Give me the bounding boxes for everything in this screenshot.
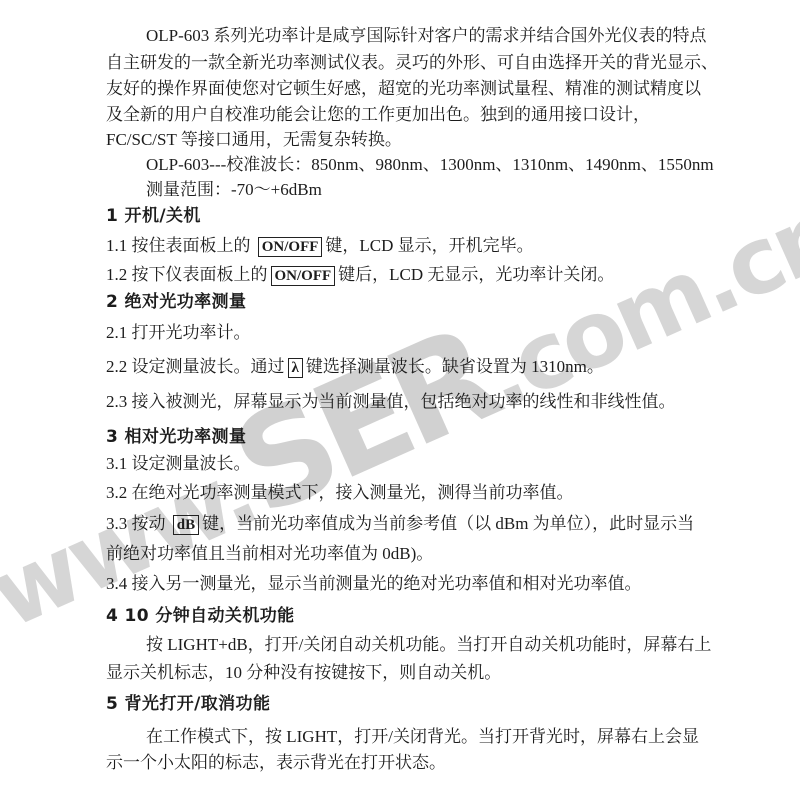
- section-heading: 1 开机/关机: [106, 206, 746, 227]
- text-run: 1.1 按住表面板上的: [106, 236, 255, 255]
- text-run: 3.1 设定测量波长。: [106, 454, 251, 473]
- key-cap: ON/OFF: [271, 266, 336, 286]
- text-run: 键，当前光功率值成为当前参考值（以 dBm 为单位），此时显示当: [202, 514, 694, 533]
- text-line: 1.1 按住表面板上的 ON/OFF键，LCD 显示，开机完毕。: [106, 235, 746, 257]
- text-line: 2.1 打开光功率计。: [106, 322, 746, 343]
- text-run: 1 开机/关机: [106, 206, 201, 226]
- section-heading: 5 背光打开/取消功能: [106, 694, 746, 715]
- text-run: 键，LCD 显示，开机完毕。: [325, 236, 533, 255]
- text-line: 3.3 按动 dB键，当前光功率值成为当前参考值（以 dBm 为单位），此时显示…: [106, 513, 746, 535]
- text-run: 自主研发的一款全新光功率测试仪表。灵巧的外形、可自由选择开关的背光显示、: [106, 53, 718, 72]
- text-line: 自主研发的一款全新光功率测试仪表。灵巧的外形、可自由选择开关的背光显示、: [106, 52, 746, 73]
- section-heading: 3 相对光功率测量: [106, 427, 746, 448]
- key-cap: dB: [173, 515, 199, 535]
- text-line: 1.2 按下仪表面板上的ON/OFF键后，LCD 无显示，光功率计关闭。: [106, 264, 746, 286]
- text-line: 显示关机标志，10 分种没有按键按下，则自动关机。: [106, 662, 746, 683]
- text-run: 2.1 打开光功率计。: [106, 323, 251, 342]
- text-line: 3.2 在绝对光功率测量模式下，接入测量光，测得当前功率值。: [106, 482, 746, 503]
- text-run: 显示关机标志，10 分种没有按键按下，则自动关机。: [106, 663, 501, 682]
- text-run: 3 相对光功率测量: [106, 427, 246, 447]
- text-line: 前绝对功率值且当前相对光功率值为 0dB)。: [106, 543, 746, 564]
- text-line: 友好的操作界面使您对它顿生好感，超宽的光功率测试量程、精准的测试精度以: [106, 78, 746, 99]
- text-run: 1.2 按下仪表面板上的: [106, 265, 268, 284]
- text-line: OLP-603 系列光功率计是咸亨国际针对客户的需求并结合国外光仪表的特点: [106, 25, 786, 46]
- text-line: 示一个小太阳的标志，表示背光在打开状态。: [106, 752, 746, 773]
- text-line: 及全新的用户自校准功能会让您的工作更加出色。独到的通用接口设计，: [106, 104, 746, 125]
- text-line: 2.3 接入被测光，屏幕显示为当前测量值，包括绝对功率的线性和非线性值。: [106, 391, 746, 412]
- text-run: 及全新的用户自校准功能会让您的工作更加出色。独到的通用接口设计，: [106, 105, 650, 124]
- text-line: OLP-603---校准波长：850nm、980nm、1300nm、1310nm…: [106, 154, 786, 175]
- text-run: 测量范围：-70～+6dBm: [146, 180, 322, 199]
- text-run: 4 10 分钟自动关机功能: [106, 606, 295, 626]
- text-run: OLP-603 系列光功率计是咸亨国际针对客户的需求并结合国外光仪表的特点: [146, 26, 707, 45]
- text-run: FC/SC/ST 等接口通用，无需复杂转换。: [106, 130, 402, 149]
- text-line: 按 LIGHT+dB，打开/关闭自动关机功能。当打开自动关机功能时，屏幕右上: [106, 634, 786, 655]
- text-run: 友好的操作界面使您对它顿生好感，超宽的光功率测试量程、精准的测试精度以: [106, 79, 701, 98]
- text-run: 2.3 接入被测光，屏幕显示为当前测量值，包括绝对功率的线性和非线性值。: [106, 392, 676, 411]
- text-run: 在工作模式下，按 LIGHT，打开/关闭背光。当打开背光时，屏幕右上会显: [146, 727, 699, 746]
- text-line: 3.1 设定测量波长。: [106, 453, 746, 474]
- key-cap: λ: [288, 358, 303, 378]
- text-line: 测量范围：-70～+6dBm: [106, 179, 786, 200]
- section-heading: 2 绝对光功率测量: [106, 292, 746, 313]
- text-run: 3.4 接入另一测量光，显示当前测量光的绝对光功率值和相对光功率值。: [106, 574, 642, 593]
- text-run: 键选择测量波长。缺省设置为 1310nm。: [306, 357, 604, 376]
- text-line: 2.2 设定测量波长。通过λ键选择测量波长。缺省设置为 1310nm。: [106, 356, 746, 378]
- text-run: 5 背光打开/取消功能: [106, 694, 270, 714]
- text-run: 键后，LCD 无显示，光功率计关闭。: [338, 265, 614, 284]
- text-line: FC/SC/ST 等接口通用，无需复杂转换。: [106, 129, 746, 150]
- text-run: 2.2 设定测量波长。通过: [106, 357, 285, 376]
- key-cap: ON/OFF: [258, 237, 323, 257]
- text-run: 示一个小太阳的标志，表示背光在打开状态。: [106, 753, 446, 772]
- text-run: 3.2 在绝对光功率测量模式下，接入测量光，测得当前功率值。: [106, 483, 574, 502]
- text-line: 3.4 接入另一测量光，显示当前测量光的绝对光功率值和相对光功率值。: [106, 573, 746, 594]
- section-heading: 4 10 分钟自动关机功能: [106, 606, 746, 627]
- text-run: 2 绝对光功率测量: [106, 292, 246, 312]
- text-line: 在工作模式下，按 LIGHT，打开/关闭背光。当打开背光时，屏幕右上会显: [106, 726, 786, 747]
- text-run: 前绝对功率值且当前相对光功率值为 0dB)。: [106, 544, 433, 563]
- text-run: 按 LIGHT+dB，打开/关闭自动关机功能。当打开自动关机功能时，屏幕右上: [146, 635, 711, 654]
- text-run: OLP-603---校准波长：850nm、980nm、1300nm、1310nm…: [146, 155, 714, 174]
- document-page: www.SER.com.cn OLP-603 系列光功率计是咸亨国际针对客户的需…: [0, 0, 800, 800]
- text-run: 3.3 按动: [106, 514, 170, 533]
